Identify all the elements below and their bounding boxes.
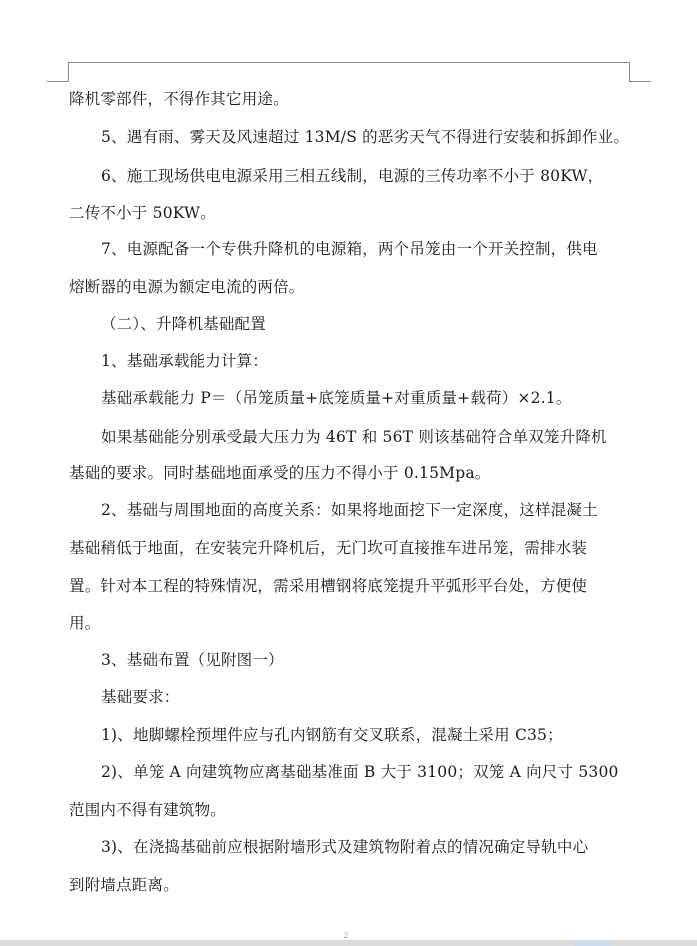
text-line: 范围内不得有建筑物。 bbox=[69, 799, 226, 821]
scrollbar-thumb[interactable] bbox=[574, 940, 611, 946]
text-line: 基础稍低于地面，在安装完升降机后，无门坎可直接推车进吊笼，需排水装 bbox=[69, 537, 587, 559]
text-line: 3、基础布置（见附图一） bbox=[101, 649, 284, 671]
horizontal-scrollbar[interactable] bbox=[0, 940, 697, 946]
text-line: 2)、单笼 A 向建筑物应离基础基准面 B 大于 3100；双笼 A 向尺寸 5… bbox=[101, 761, 619, 783]
text-line: 基础要求： bbox=[101, 686, 180, 708]
text-line: 1)、地脚螺栓预埋件应与孔内钢筋有交叉联系，混凝土采用 C35； bbox=[101, 724, 563, 746]
text-line: 到附墙点距离。 bbox=[69, 874, 179, 896]
crop-mark-left-vertical bbox=[68, 62, 69, 82]
text-line: 1、基础承载能力计算： bbox=[101, 350, 268, 372]
text-line: 6、施工现场供电电源采用三相五线制，电源的三传功率不小于 80KW， bbox=[101, 165, 603, 187]
crop-mark-right-vertical bbox=[629, 62, 630, 82]
text-line: 熔断器的电源为额定电流的两倍。 bbox=[69, 276, 305, 298]
text-line: 如果基础能分别承受最大压力为 46T 和 56T 则该基础符合单双笼升降机 bbox=[101, 426, 607, 448]
crop-mark-top-rule bbox=[68, 62, 629, 63]
text-line: 7、电源配备一个专供升降机的电源箱，两个吊笼由一个开关控制，供电 bbox=[101, 238, 598, 260]
formula-line: 基础承载能力 P＝（吊笼质量+底笼质量+对重质量+载荷）×2.1。 bbox=[101, 387, 572, 409]
page-number: 2 bbox=[344, 931, 348, 940]
crop-mark-right-horizontal bbox=[629, 81, 651, 82]
text-line: 二传不小于 50KW。 bbox=[69, 202, 216, 224]
text-line: 降机零部件，不得作其它用途。 bbox=[69, 88, 289, 110]
text-line: 3)、在浇捣基础前应根据附墙形式及建筑物附着点的情况确定导轨中心 bbox=[101, 836, 588, 858]
text-line: 基础的要求。同时基础地面承受的压力不得小于 0.15Mpa。 bbox=[69, 462, 490, 484]
text-line: 置。针对本工程的特殊情况，需采用槽钢将底笼提升平弧形平台处，方便使 bbox=[69, 575, 587, 597]
document-page: 降机零部件，不得作其它用途。 5、遇有雨、雾天及风速超过 13M/S 的恶劣天气… bbox=[0, 0, 697, 940]
section-heading: （二）、升降机基础配置 bbox=[101, 313, 266, 335]
crop-mark-left-horizontal bbox=[47, 81, 69, 82]
text-line: 用。 bbox=[69, 612, 100, 634]
text-line: 5、遇有雨、雾天及风速超过 13M/S 的恶劣天气不得进行安装和拆卸作业。 bbox=[101, 126, 629, 148]
text-line: 2、基础与周围地面的高度关系：如果将地面挖下一定深度，这样混凝土 bbox=[101, 499, 598, 521]
